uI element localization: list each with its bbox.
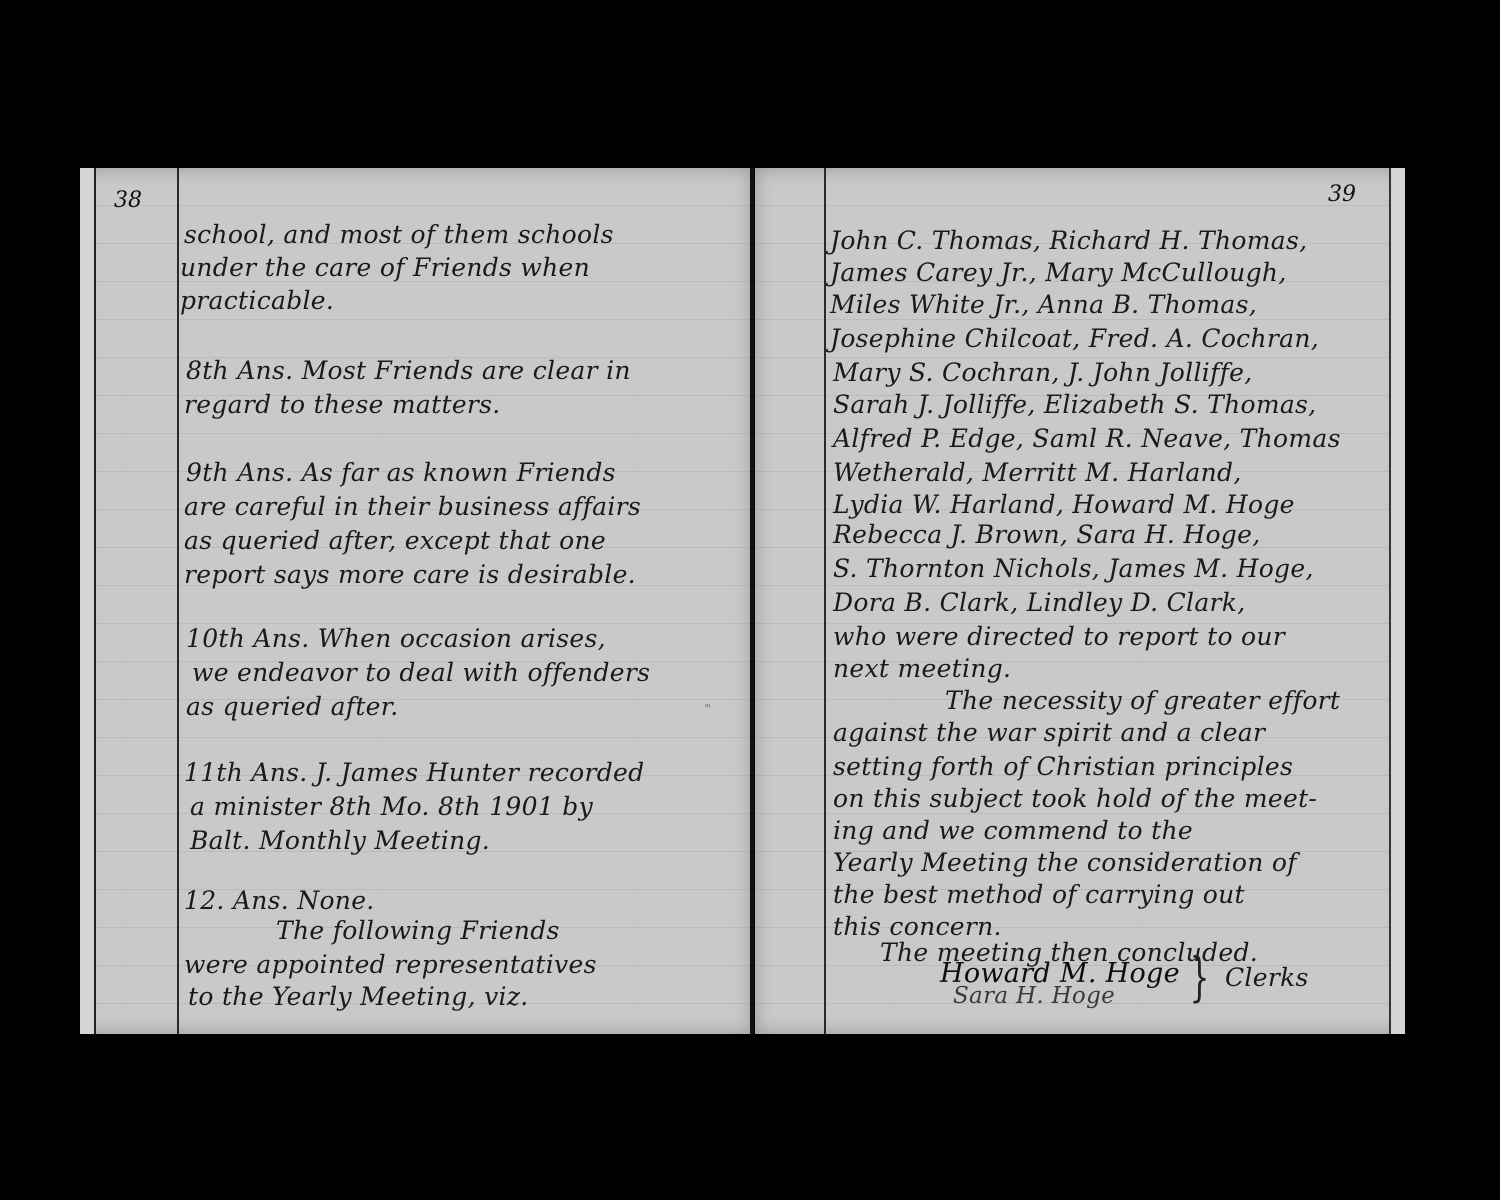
right-page-text-line: Alfred P. Edge, Saml R. Neave, Thomas <box>833 424 1341 453</box>
right-page-text-line: S. Thornton Nichols, James M. Hoge, <box>833 554 1314 583</box>
clerks-label: Clerks <box>1225 963 1309 992</box>
right-page-text-line: next meeting. <box>833 654 1011 683</box>
right-page: 39 John C. Thomas, Richard H. Thomas,Jam… <box>755 168 1405 1034</box>
left-page-text-line: report says more care is desirable. <box>184 560 636 589</box>
right-page-text-line: Lydia W. Harland, Howard M. Hoge <box>833 490 1295 519</box>
right-page-text-line: the best method of carrying out <box>833 880 1245 909</box>
left-page-text-line: were appointed representatives <box>184 950 597 979</box>
right-page-text-line: against the war spirit and a clear <box>833 718 1265 747</box>
right-page-text-line: Mary S. Cochran, J. John Jolliffe, <box>833 358 1253 387</box>
left-page-text-line: 11th Ans. J. James Hunter recorded <box>184 758 644 787</box>
left-page-text-line: as queried after, except that one <box>184 526 606 555</box>
right-page-text-line: this concern. <box>833 912 1002 941</box>
left-page-text-line: 12. Ans. None. <box>184 886 375 915</box>
right-page-text-line: Rebecca J. Brown, Sara H. Hoge, <box>833 520 1260 549</box>
left-page-text-line: school, and most of them schools <box>184 220 614 249</box>
signature-clerk-2: Sara H. Hoge <box>953 983 1115 1009</box>
right-page-text-line: Josephine Chilcoat, Fred. A. Cochran, <box>830 324 1319 353</box>
left-page-text-line: 8th Ans. Most Friends are clear in <box>186 356 631 385</box>
right-page-text-line: who were directed to report to our <box>833 622 1285 651</box>
left-page-text-line: The following Friends <box>276 916 560 945</box>
left-page-text-line: Balt. Monthly Meeting. <box>190 826 490 855</box>
left-page-text-line: as queried after. <box>186 692 399 721</box>
right-page-text-line: The necessity of greater effort <box>945 686 1340 715</box>
ledger-book-spread: 38 school, and most of them schoolsunder… <box>80 168 1420 1034</box>
left-page-text-line: are careful in their business affairs <box>184 492 641 521</box>
left-page-text-line: 10th Ans. When occasion arises, <box>186 624 606 653</box>
left-page-text-line: regard to these matters. <box>184 390 501 419</box>
right-page-text-line: Yearly Meeting the consideration of <box>833 848 1297 877</box>
right-page-text-line: ing and we commend to the <box>833 816 1193 845</box>
right-page-text-line: Sarah J. Jolliffe, Elizabeth S. Thomas, <box>833 390 1316 419</box>
right-page-text-line: setting forth of Christian principles <box>833 752 1293 781</box>
left-page-text-line: under the care of Friends when <box>180 253 590 282</box>
left-page-text: school, and most of them schoolsunder th… <box>80 168 752 1034</box>
left-page-text-line: practicable. <box>180 286 334 315</box>
left-page: 38 school, and most of them schoolsunder… <box>80 168 752 1034</box>
right-page-text-line: Miles White Jr., Anna B. Thomas, <box>830 290 1257 319</box>
left-page-text-line: 9th Ans. As far as known Friends <box>186 458 616 487</box>
right-page-text-line: James Carey Jr., Mary McCullough, <box>830 258 1287 287</box>
right-page-text-line: Dora B. Clark, Lindley D. Clark, <box>833 588 1245 617</box>
signature-brace: } <box>1190 948 1210 1008</box>
stray-ink-mark: ᵐ <box>705 703 715 707</box>
right-page-text-line: Wetherald, Merritt M. Harland, <box>833 458 1242 487</box>
right-page-text: John C. Thomas, Richard H. Thomas,James … <box>755 168 1405 1034</box>
left-page-text-line: we endeavor to deal with offenders <box>192 658 650 687</box>
left-page-text-line: a minister 8th Mo. 8th 1901 by <box>190 792 593 821</box>
book-binding-gutter <box>750 168 754 1034</box>
right-page-text-line: John C. Thomas, Richard H. Thomas, <box>830 226 1307 255</box>
left-page-text-line: to the Yearly Meeting, viz. <box>188 982 529 1011</box>
right-page-text-line: on this subject took hold of the meet- <box>833 784 1317 813</box>
